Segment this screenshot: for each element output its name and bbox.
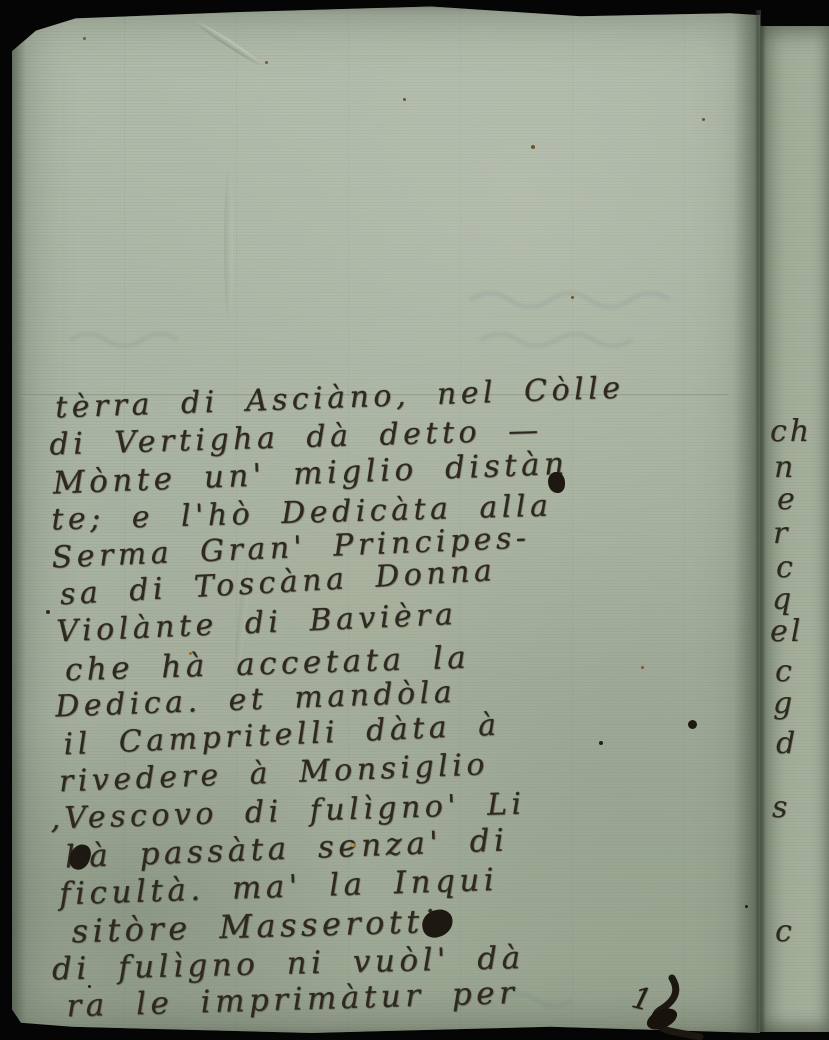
foxing-speck bbox=[83, 37, 86, 40]
foxing-speck bbox=[571, 296, 574, 299]
foxing-speck bbox=[702, 118, 705, 121]
foxing-speck bbox=[189, 652, 192, 655]
foxing-speck bbox=[350, 843, 355, 847]
scanned-manuscript-view: ch n e r c q el c g d s c tèrra di Ascià… bbox=[0, 0, 829, 1040]
foxing-speck bbox=[641, 666, 644, 669]
ink-speck bbox=[88, 985, 91, 988]
ink-speck bbox=[599, 741, 603, 745]
ink-blot bbox=[688, 720, 697, 729]
foxing-speck bbox=[531, 145, 535, 149]
foxing-speck bbox=[265, 61, 268, 64]
ink-speck bbox=[745, 905, 748, 908]
ink-speck bbox=[46, 610, 50, 614]
manuscript-text-block: tèrra di Asciàno, nel Còlle di Vertigha … bbox=[0, 384, 757, 1027]
ink-blot bbox=[548, 472, 565, 493]
foxing-speck bbox=[403, 98, 406, 101]
